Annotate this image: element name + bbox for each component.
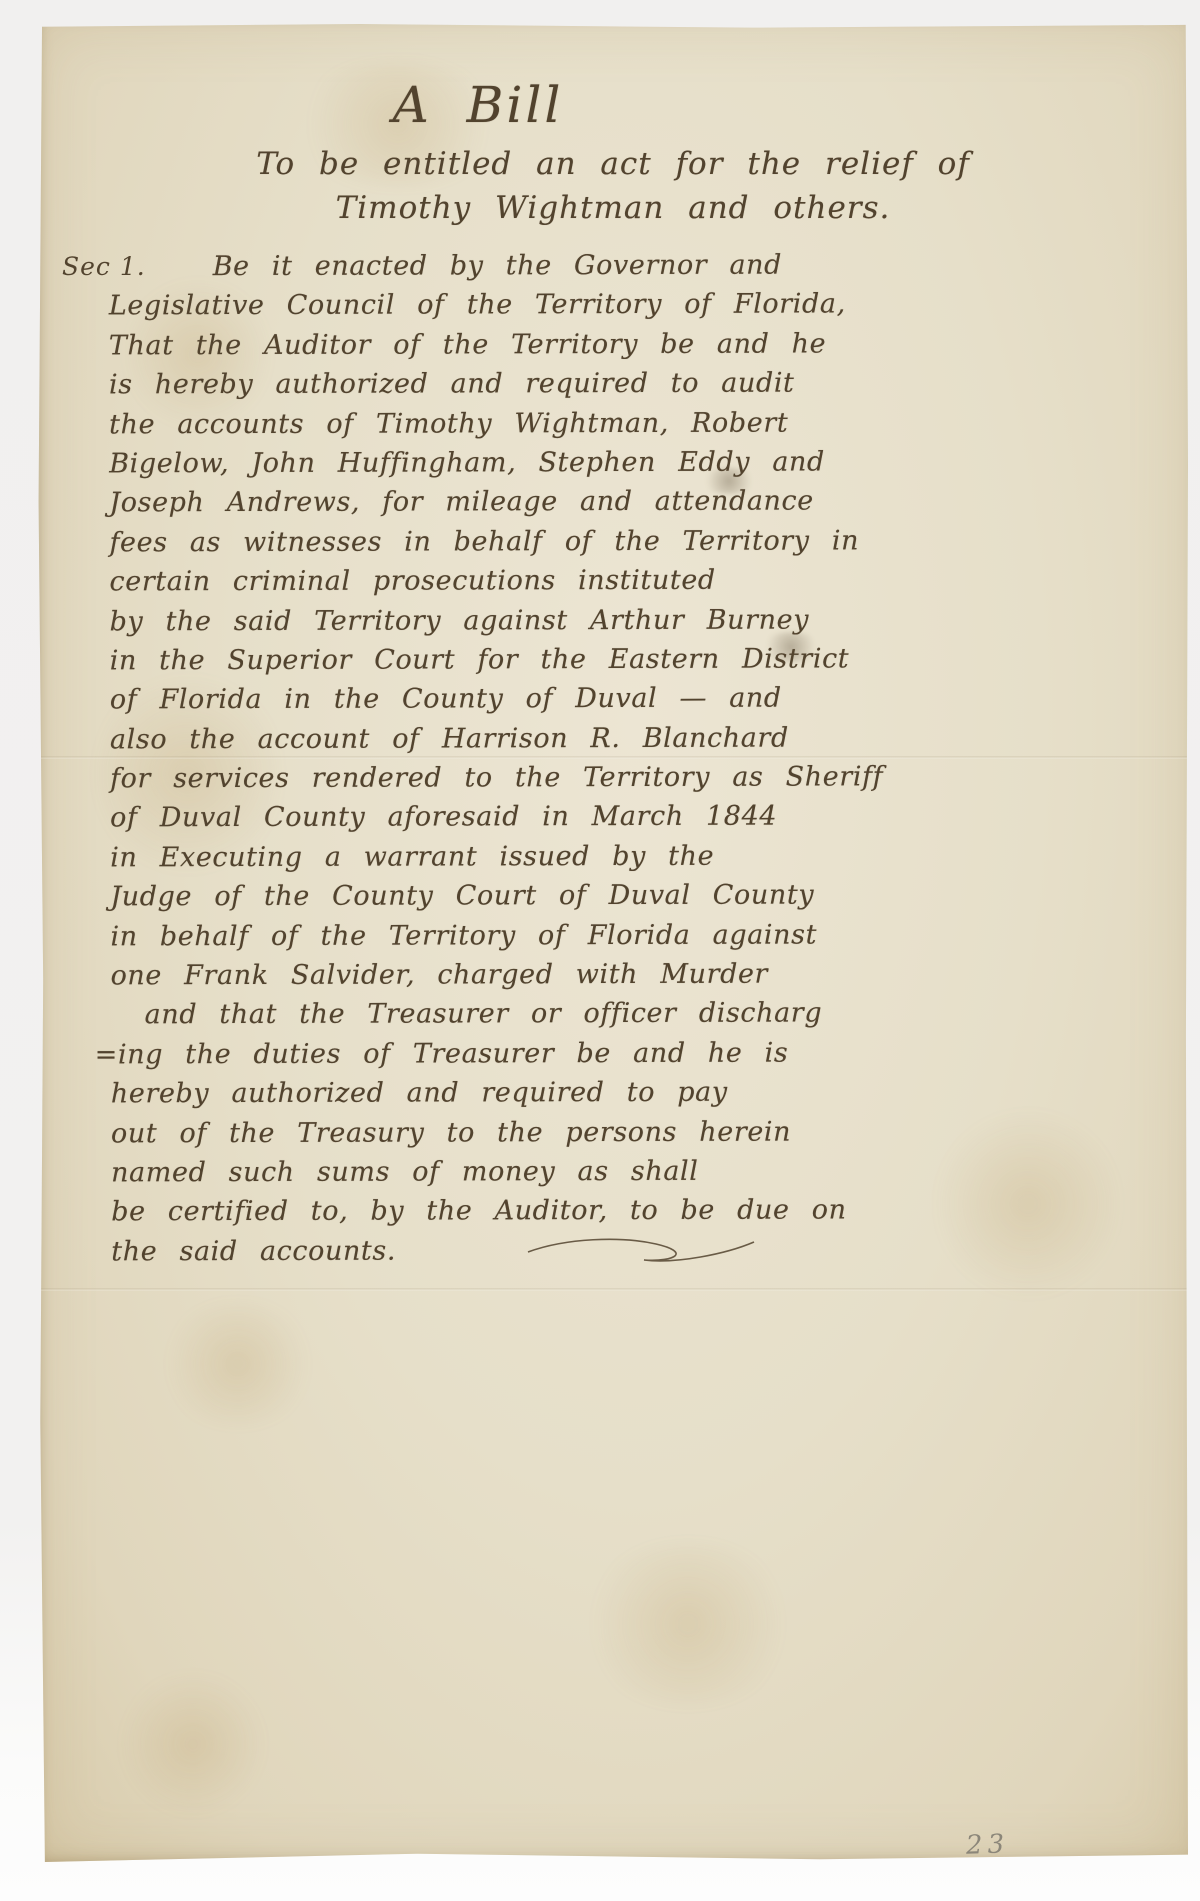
manuscript-line: Be it enacted by the Governor and xyxy=(109,249,1129,291)
manuscript-line: for services rendered to the Territory a… xyxy=(110,761,1130,803)
manuscript-line: fees as witnesses in behalf of the Terri… xyxy=(109,524,1129,566)
manuscript-line: in the Superior Court for the Eastern Di… xyxy=(110,643,1130,685)
document-subtitle: To be entitled an act for the relief ofT… xyxy=(38,146,1188,234)
title-block: A Bill To be entitled an act for the rel… xyxy=(38,76,1188,234)
manuscript-line: the accounts of Timothy Wightman, Robert xyxy=(109,406,1129,448)
page-number-pencil: 23 xyxy=(965,1829,1009,1860)
manuscript-line: Judge of the County Court of Duval Count… xyxy=(110,879,1130,921)
paper-crease xyxy=(38,1288,1188,1291)
manuscript-line: named such sums of money as shall xyxy=(111,1155,1131,1197)
manuscript-line: Legislative Council of the Territory of … xyxy=(109,288,1129,330)
manuscript-line: Bigelow, John Huffingham, Stephen Eddy a… xyxy=(109,446,1129,488)
manuscript-line: by the said Territory against Arthur Bur… xyxy=(110,603,1130,645)
manuscript-page: A Bill To be entitled an act for the rel… xyxy=(38,24,1188,1862)
subtitle-line: Timothy Wightman and others. xyxy=(38,190,1188,234)
document-body: Be it enacted by the Governor andLegisla… xyxy=(109,249,1132,1276)
manuscript-line: in Executing a warrant issued by the xyxy=(110,840,1130,882)
manuscript-line: Joseph Andrews, for mileage and attendan… xyxy=(109,485,1129,527)
manuscript-line: is hereby authorized and required to aud… xyxy=(109,367,1129,409)
document-title: A Bill xyxy=(38,76,918,134)
subtitle-line: To be entitled an act for the relief of xyxy=(38,146,1188,190)
manuscript-line: also the account of Harrison R. Blanchar… xyxy=(110,721,1130,763)
manuscript-line: =ing the duties of Treasurer be and he i… xyxy=(95,1036,1131,1078)
manuscript-line: one Frank Salvider, charged with Murder xyxy=(111,958,1131,1000)
manuscript-line: of Florida in the County of Duval — and xyxy=(110,682,1130,724)
paper-stain xyxy=(578,1544,798,1704)
manuscript-line: That the Auditor of the Territory be and… xyxy=(109,327,1129,369)
manuscript-line: and that the Treasurer or officer discha… xyxy=(111,997,1131,1039)
manuscript-line: certain criminal prosecutions instituted xyxy=(109,564,1129,606)
manuscript-line: be certified to, by the Auditor, to be d… xyxy=(111,1194,1131,1236)
manuscript-line: in behalf of the Territory of Florida ag… xyxy=(110,918,1130,960)
paper-stain xyxy=(158,1304,318,1424)
manuscript-line: out of the Treasury to the persons herei… xyxy=(111,1115,1131,1157)
manuscript-line: hereby authorized and required to pay xyxy=(111,1076,1131,1118)
manuscript-line: of Duval County aforesaid in March 1844 xyxy=(110,800,1130,842)
paper-stain xyxy=(118,1674,268,1814)
manuscript-line: the said accounts. xyxy=(111,1233,1131,1275)
scan-background: A Bill To be entitled an act for the rel… xyxy=(0,0,1200,1901)
